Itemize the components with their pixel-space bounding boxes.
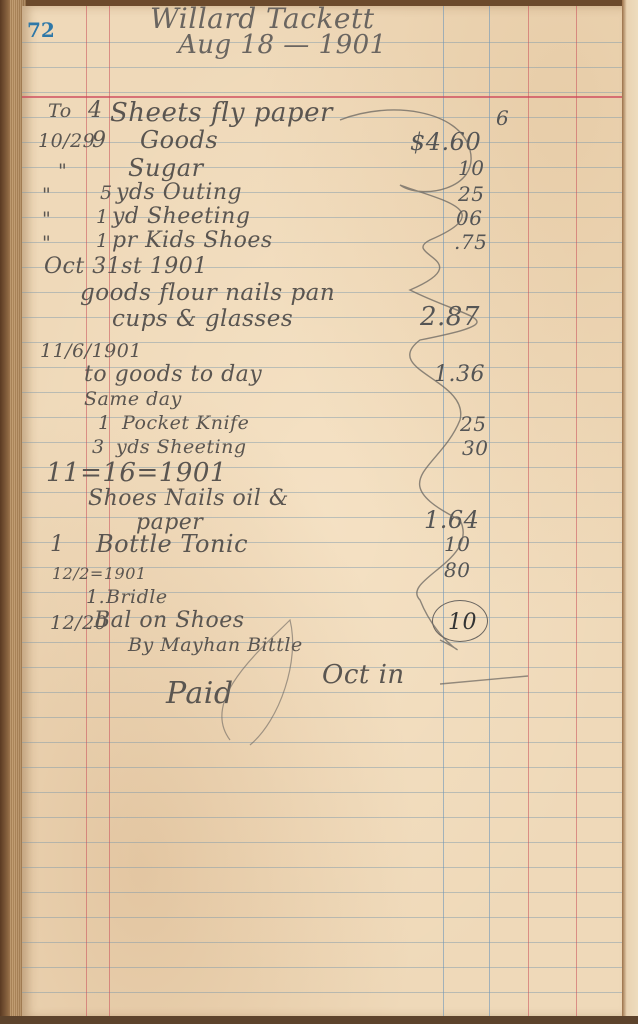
crossout-scrawl — [0, 0, 638, 1024]
